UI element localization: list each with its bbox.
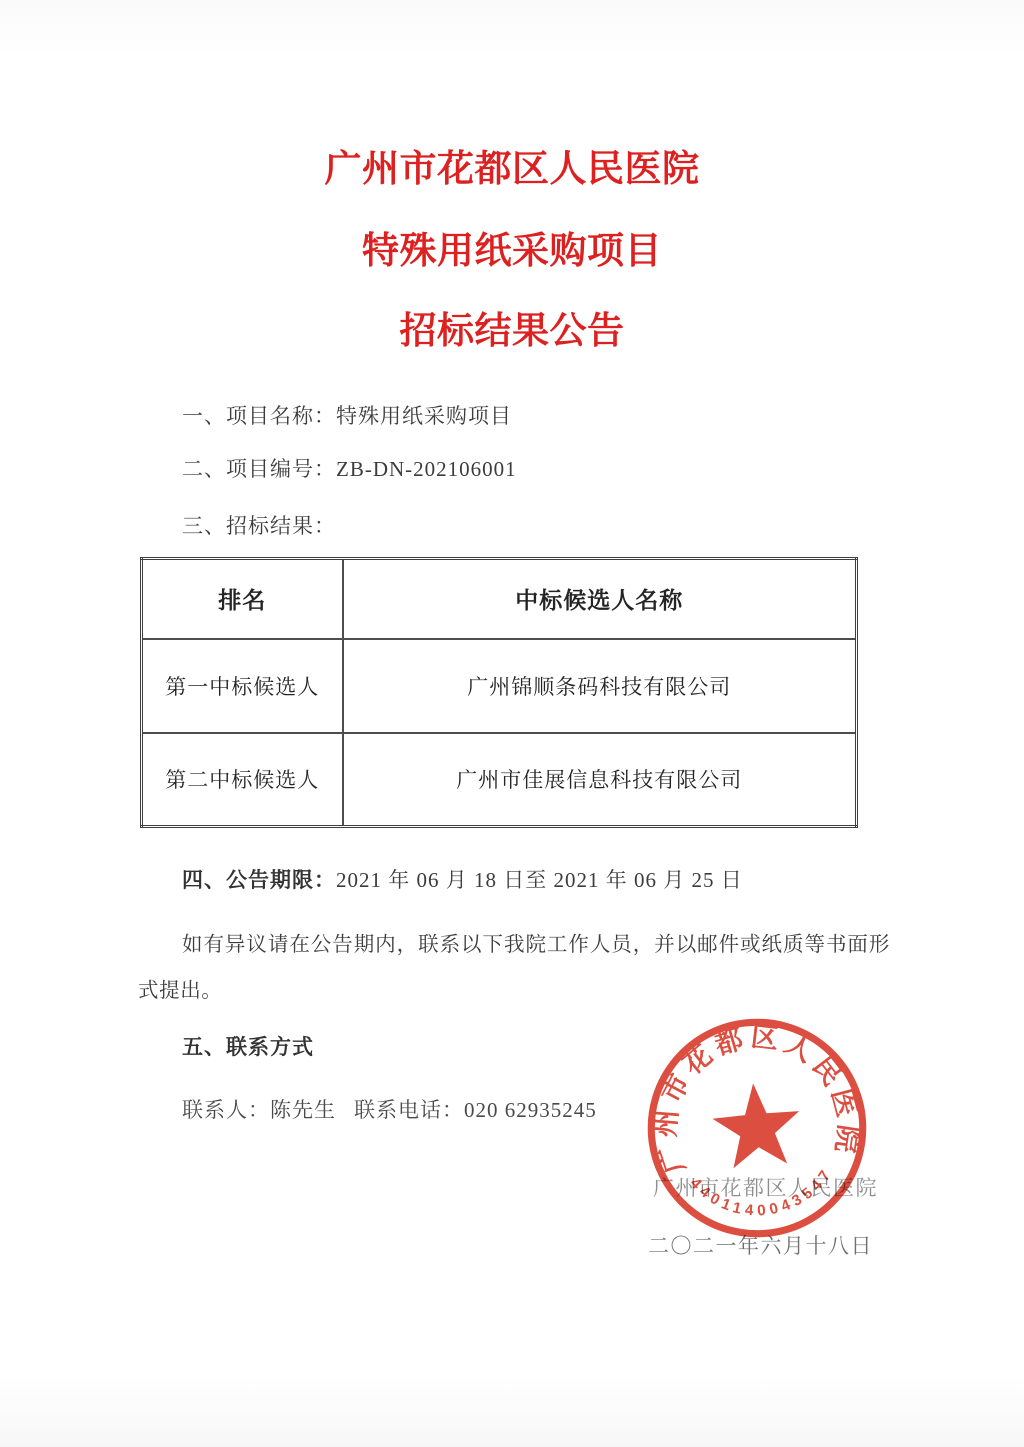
- page-title-hospital: 广州市花都区人民医院: [0, 138, 1024, 192]
- table-header-row: 排名 中标候选人名称: [142, 559, 857, 639]
- tender-result-table: 排名 中标候选人名称 第一中标候选人 广州锦顺条码科技有限公司 第二中标候选人 …: [140, 557, 858, 828]
- contact-phone-label: 联系电话：: [354, 1098, 464, 1122]
- page-title-announcement: 招标结果公告: [0, 300, 1024, 354]
- item-period-label: 四、公告期限：: [182, 868, 336, 892]
- scanned-document: 广州市花都区人民医院 特殊用纸采购项目 招标结果公告 一、项目名称：特殊用纸采购…: [0, 0, 1024, 1447]
- table-cell-rank-1: 第一中标候选人: [142, 639, 343, 733]
- item-announcement-period: 四、公告期限：2021 年 06 月 18 日至 2021 年 06 月 25 …: [182, 864, 743, 894]
- item-result-heading: 三、招标结果：: [182, 510, 336, 540]
- table-header-company: 中标候选人名称: [343, 559, 857, 639]
- contact-phone-value: 020 62935245: [464, 1098, 597, 1122]
- table-cell-rank-2: 第二中标候选人: [142, 733, 343, 827]
- table-cell-company-1: 广州锦顺条码科技有限公司: [343, 639, 857, 733]
- contact-person-value: 陈先生: [270, 1098, 336, 1122]
- item-project-number-label: 二、项目编号：: [182, 457, 336, 481]
- item-result-label: 三、招标结果：: [182, 514, 336, 538]
- item-project-name-label: 一、项目名称：: [182, 404, 336, 428]
- table-cell-company-2: 广州市佳展信息科技有限公司: [343, 733, 857, 827]
- item-project-number: 二、项目编号：ZB-DN-202106001: [182, 453, 517, 483]
- item-project-name-value: 特殊用纸采购项目: [336, 404, 512, 428]
- table-row: 第二中标候选人 广州市佳展信息科技有限公司: [142, 733, 857, 827]
- official-seal-stamp: 广州市花都区人民医院 4401140043547: [625, 996, 889, 1260]
- seal-star-icon: [710, 1080, 804, 1170]
- table-header-rank: 排名: [142, 559, 343, 639]
- contact-person-label: 联系人：: [182, 1098, 270, 1122]
- item-project-number-value: ZB-DN-202106001: [336, 457, 517, 481]
- objection-paragraph: 如有异议请在公告期内，联系以下我院工作人员，并以邮件或纸质等书面形式提出。: [138, 922, 890, 1014]
- page-title-project: 特殊用纸采购项目: [0, 220, 1024, 274]
- table-row: 第一中标候选人 广州锦顺条码科技有限公司: [142, 639, 857, 733]
- item-period-value: 2021 年 06 月 18 日至 2021 年 06 月 25 日: [336, 868, 743, 892]
- contact-info-line: 联系人：陈先生联系电话：020 62935245: [182, 1094, 597, 1124]
- item-project-name: 一、项目名称：特殊用纸采购项目: [182, 400, 512, 430]
- item-contact-heading: 五、联系方式: [182, 1031, 314, 1061]
